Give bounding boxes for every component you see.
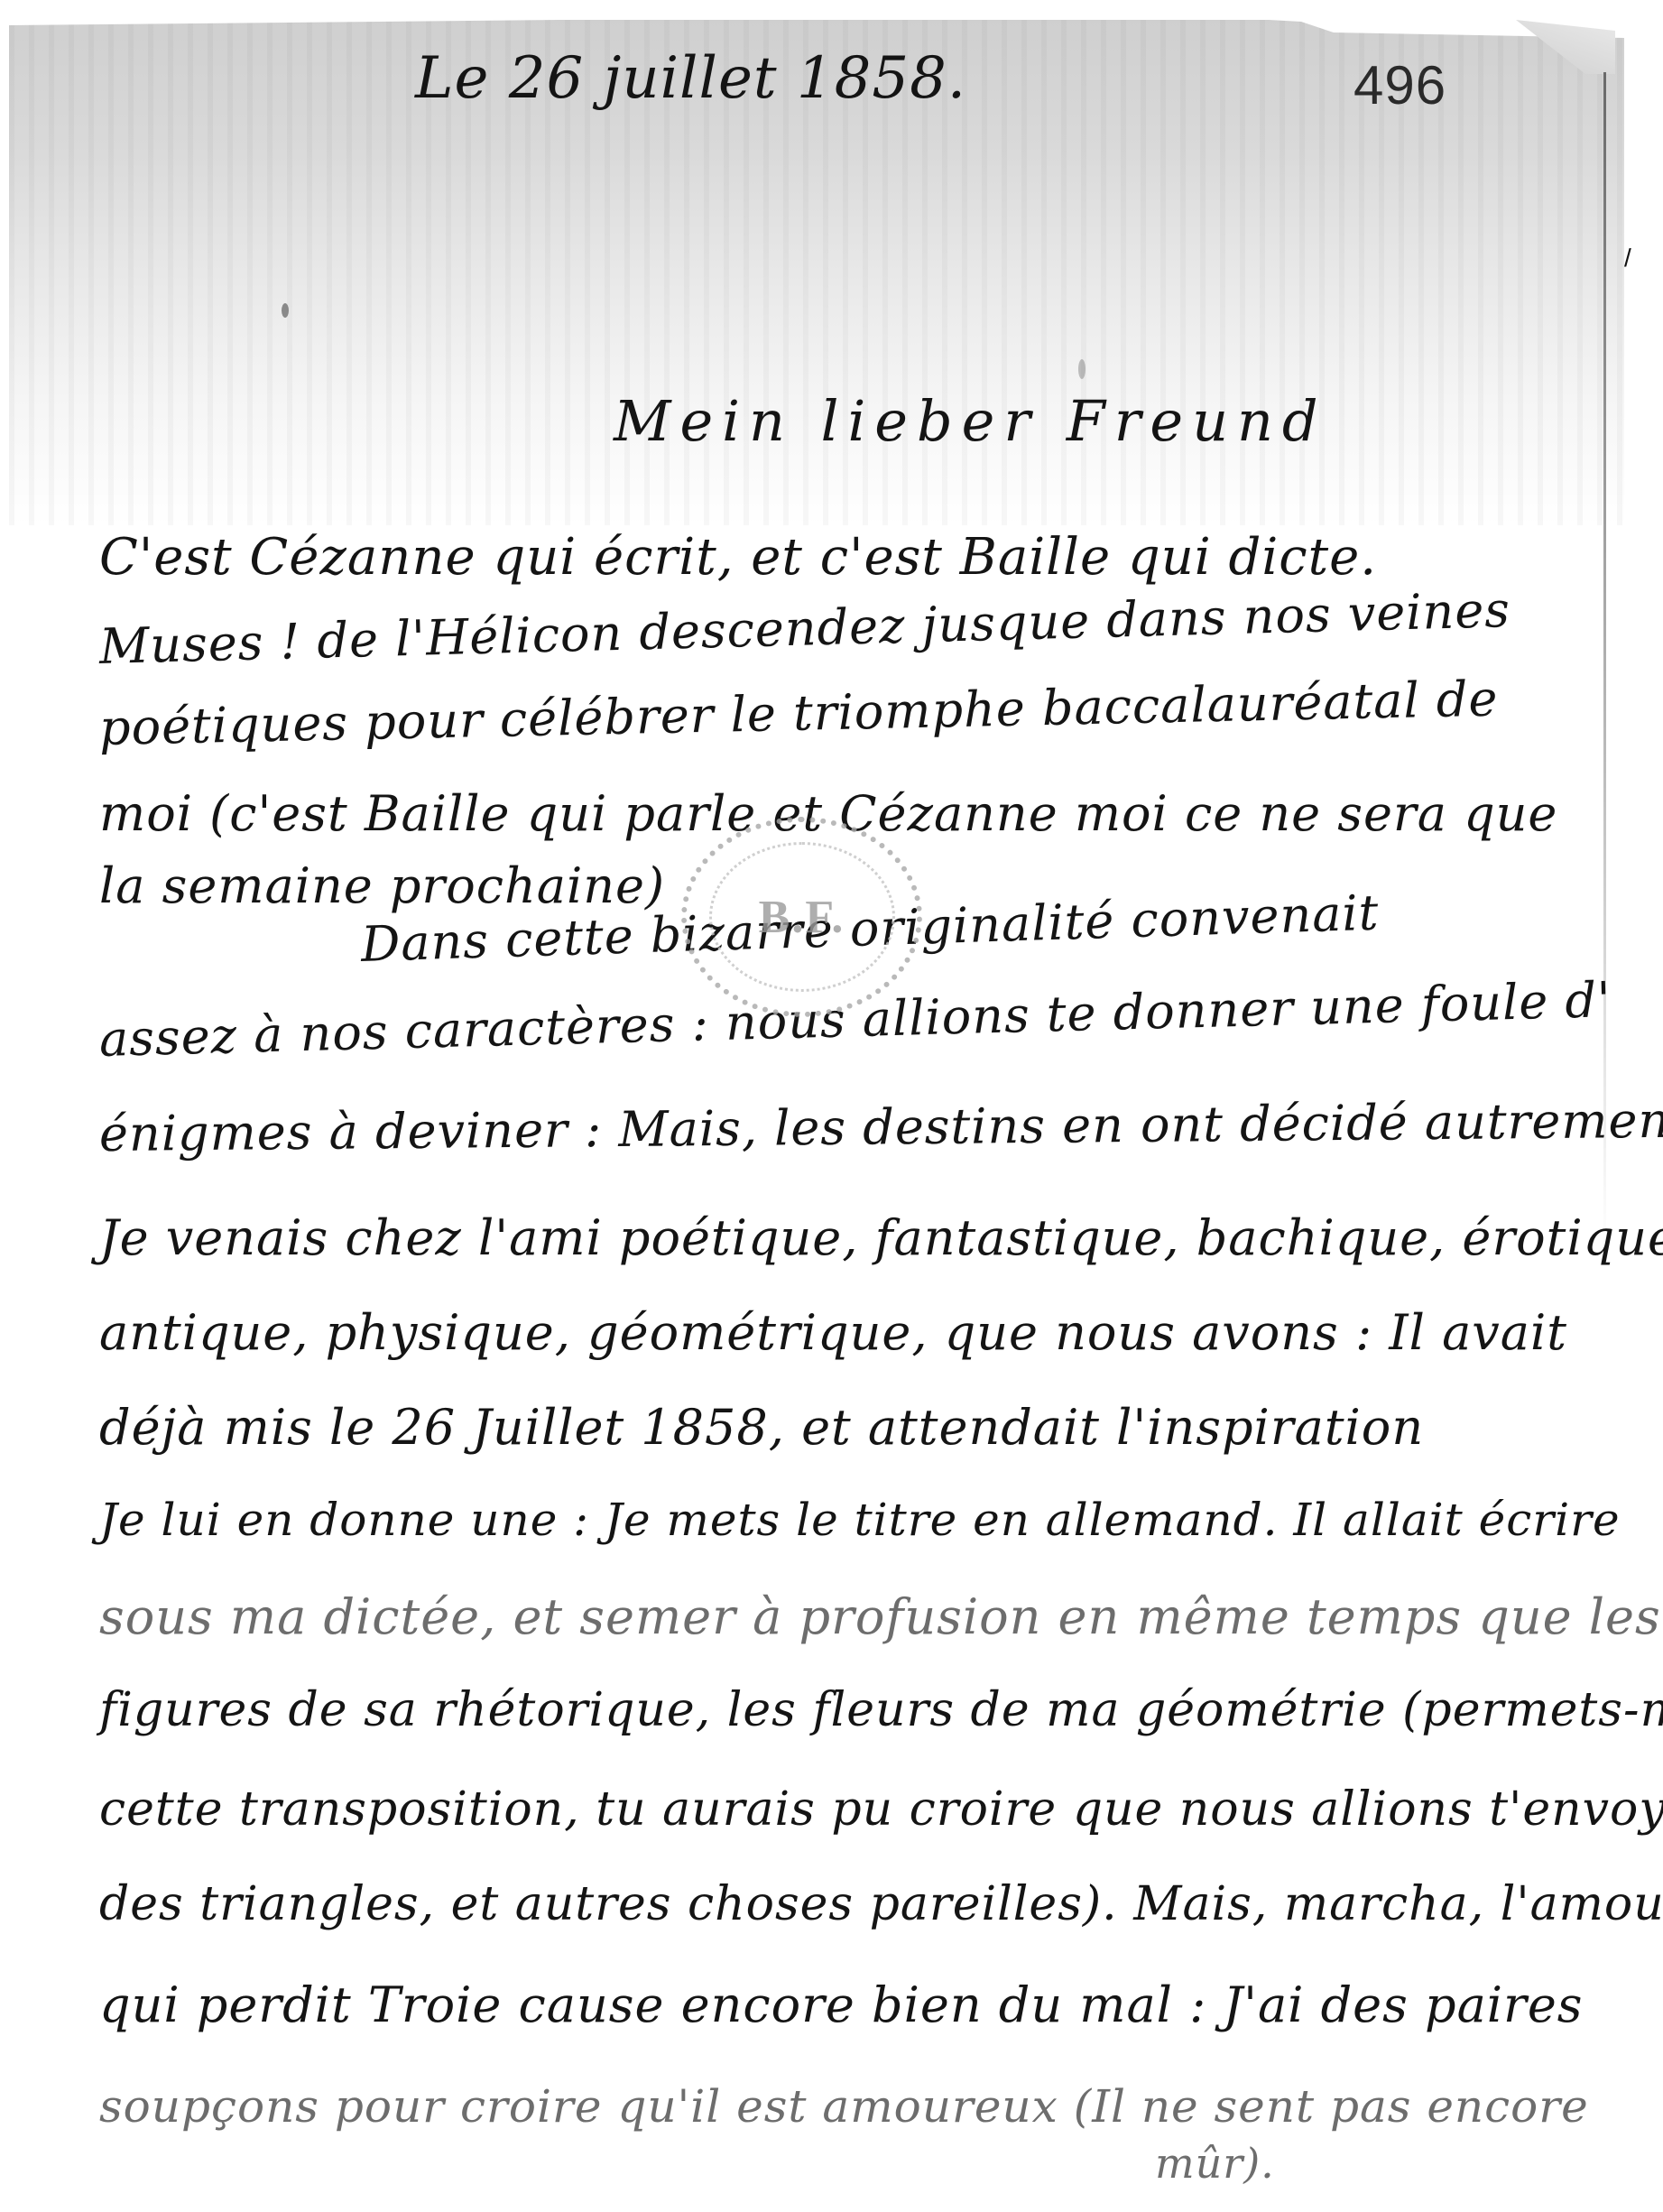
letter-line: sous ma dictée, et semer à profusion en … bbox=[99, 1588, 1661, 1645]
letter-line: la semaine prochaine) bbox=[99, 857, 665, 914]
library-stamp-text: B.F. bbox=[759, 891, 845, 944]
folio-number: 496 bbox=[1353, 54, 1446, 116]
margin-mark: / bbox=[1624, 244, 1631, 273]
letter-line: poétiques pour célébrer le triomphe bacc… bbox=[98, 671, 1499, 756]
letter-line: antique, physique, géométrique, que nous… bbox=[99, 1304, 1567, 1361]
date-line: Le 26 juillet 1858. bbox=[415, 45, 966, 112]
letter-line: soupçons pour croire qu'il est amoureux … bbox=[99, 2080, 1589, 2133]
letter-line: des triangles, et autres choses pareille… bbox=[99, 1877, 1663, 1931]
library-stamp-inner-ring: B.F. bbox=[709, 842, 895, 992]
letter-line: Je lui en donne une : Je mets le titre e… bbox=[99, 1494, 1621, 1546]
letter-line: énigmes à deviner : Mais, les destins en… bbox=[99, 1091, 1663, 1162]
letter-line: figures de sa rhétorique, les fleurs de … bbox=[99, 1683, 1663, 1737]
letter-line: Muses ! de l'Hélicon descendez jusque da… bbox=[98, 581, 1511, 675]
letter-line: qui perdit Troie cause encore bien du ma… bbox=[99, 1976, 1584, 2033]
letter-line: déjà mis le 26 Juillet 1858, et attendai… bbox=[99, 1399, 1424, 1456]
library-stamp: B.F. bbox=[681, 817, 922, 1017]
ink-spot bbox=[1078, 359, 1086, 379]
letter-line: mûr). bbox=[1155, 2139, 1275, 2188]
ink-spot bbox=[282, 303, 289, 318]
letter-line: cette transposition, tu aurais pu croire… bbox=[99, 1782, 1663, 1837]
letter-line: Je venais chez l'ami poétique, fantastiq… bbox=[99, 1209, 1663, 1266]
manuscript-page: / Le 26 juillet 1858. 496 Mein lieber Fr… bbox=[0, 0, 1663, 2212]
paper-right-edge bbox=[1603, 72, 1606, 1245]
letter-line: C'est Cézanne qui écrit, et c'est Baille… bbox=[99, 528, 1377, 587]
salutation: Mein lieber Freund bbox=[614, 388, 1327, 454]
